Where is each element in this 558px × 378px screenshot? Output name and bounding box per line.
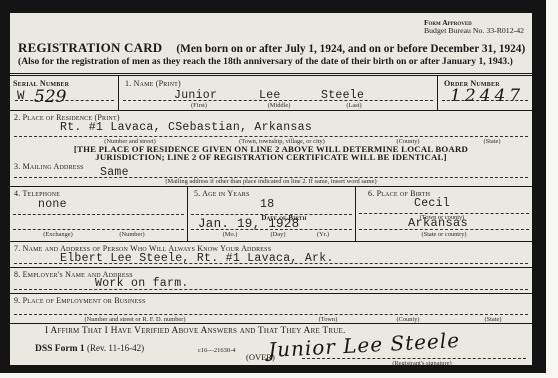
card-footer: DSS Form 1 (Rev. 11-16-42) c16—21630-4 (…	[10, 337, 532, 365]
employer-underline	[14, 289, 528, 290]
name-sub-last: (Last)	[346, 102, 361, 109]
telephone-value: none	[38, 198, 67, 211]
card-title-note: (Men born on or after July 1, 1924, and …	[176, 43, 525, 55]
dob-sub-day: (Day)	[271, 231, 286, 238]
form-approved-block: Form Approved Budget Bureau No. 33-R012-…	[424, 19, 524, 35]
telephone-underline	[13, 214, 184, 215]
print-code: c16—21630-4	[198, 347, 236, 354]
dob-sub-month: (Mo.)	[223, 231, 238, 238]
card-subtitle: (Also for the registration of men as the…	[18, 56, 513, 67]
row-contact-person: 7. Name and Address of Person Who Will A…	[10, 241, 532, 267]
telephone-sub-number: (Number)	[119, 231, 144, 238]
telephone-field: 4. Telephone none (Exchange) (Number)	[10, 187, 187, 241]
employment-sub-town: (Town)	[319, 316, 338, 323]
row-serial-name-order: Serial Number W 529 1. Name (Print) Juni…	[10, 73, 532, 110]
birthplace-state-value: Arkansas	[408, 216, 468, 230]
card-border-frame: Form Approved Budget Bureau No. 33-R012-…	[0, 0, 546, 373]
form-id: DSS Form 1	[35, 344, 85, 354]
row-residence: 2. Place of Residence (Print) Rt. #1 Lav…	[10, 110, 532, 160]
birthplace-bottom-line	[359, 229, 529, 230]
title-line: REGISTRATION CARD (Men born on or after …	[18, 39, 525, 57]
row-employer: 8. Employer's Name and Address Work on f…	[10, 267, 532, 293]
mailing-label: 3. Mailing Address	[14, 162, 84, 171]
serial-number-field: Serial Number W 529	[10, 76, 118, 110]
employment-label: 9. Place of Employment or Business	[14, 296, 145, 305]
name-underline	[123, 100, 433, 101]
name-sub-middle: (Middle)	[268, 102, 291, 109]
age-value: 18	[260, 198, 274, 211]
name-sub-first: (First)	[191, 102, 207, 109]
row-telephone-age-birth: 4. Telephone none (Exchange) (Number) 5.…	[10, 186, 532, 241]
age-label: 5. Age in Years	[194, 189, 249, 198]
order-underline	[442, 100, 528, 101]
card-title: REGISTRATION CARD	[18, 40, 162, 55]
row-place-of-employment: 9. Place of Employment or Business (Numb…	[10, 293, 532, 323]
registration-card: Form Approved Budget Bureau No. 33-R012-…	[10, 13, 532, 365]
employment-sub-state: (State)	[484, 316, 501, 323]
form-id-block: DSS Form 1 (Rev. 11-16-42)	[35, 343, 144, 354]
signature-label: (Registrant's signature)	[392, 360, 451, 367]
residence-underline	[14, 136, 528, 137]
age-field: 5. Age in Years 18 Date of Birth Jan. 19…	[187, 187, 355, 241]
employment-sub-street: (Number and street or R. F. D. number)	[84, 316, 185, 323]
employment-underline	[14, 314, 528, 315]
name-label: 1. Name (Print)	[125, 79, 181, 88]
contact-underline	[14, 263, 528, 264]
serial-underline	[15, 100, 114, 101]
order-number-value: 12447	[450, 86, 524, 106]
affirmation-text: I Affirm That I Have Verified Above Answ…	[45, 326, 346, 336]
dob-bottom-line	[191, 229, 352, 230]
dob-sub-year: (Yr.)	[317, 231, 329, 238]
birthplace-town-value: Cecil	[414, 197, 450, 210]
telephone-label: 4. Telephone	[14, 189, 60, 198]
birthplace-sub-state: (State or country)	[421, 231, 466, 238]
card-header: Form Approved Budget Bureau No. 33-R012-…	[10, 13, 532, 73]
budget-bureau-number: Budget Bureau No. 33-R012-42	[424, 27, 524, 35]
signature-underline	[302, 358, 526, 359]
scanned-registration-card-page: Form Approved Budget Bureau No. 33-R012-…	[0, 0, 558, 378]
row-mailing-address: 3. Mailing Address Same (Mailing address…	[10, 160, 532, 186]
employment-sub-county: (County)	[396, 316, 419, 323]
serial-number-value: 529	[34, 87, 66, 107]
telephone-bottom-line	[13, 229, 184, 230]
mailing-sub-label: (Mailing address if other than place ind…	[165, 178, 376, 185]
name-field: 1. Name (Print) Junior Lee Steele (First…	[118, 76, 437, 110]
birthplace-field: 6. Place of Birth Cecil (Town or county)…	[355, 187, 532, 241]
order-number-field: Order Number 12447	[437, 76, 532, 110]
form-revision: (Rev. 11-16-42)	[87, 343, 144, 353]
telephone-sub-exchange: (Exchange)	[43, 231, 72, 238]
residence-value: Rt. #1 Lavaca, CSebastian, Arkansas	[60, 121, 312, 134]
